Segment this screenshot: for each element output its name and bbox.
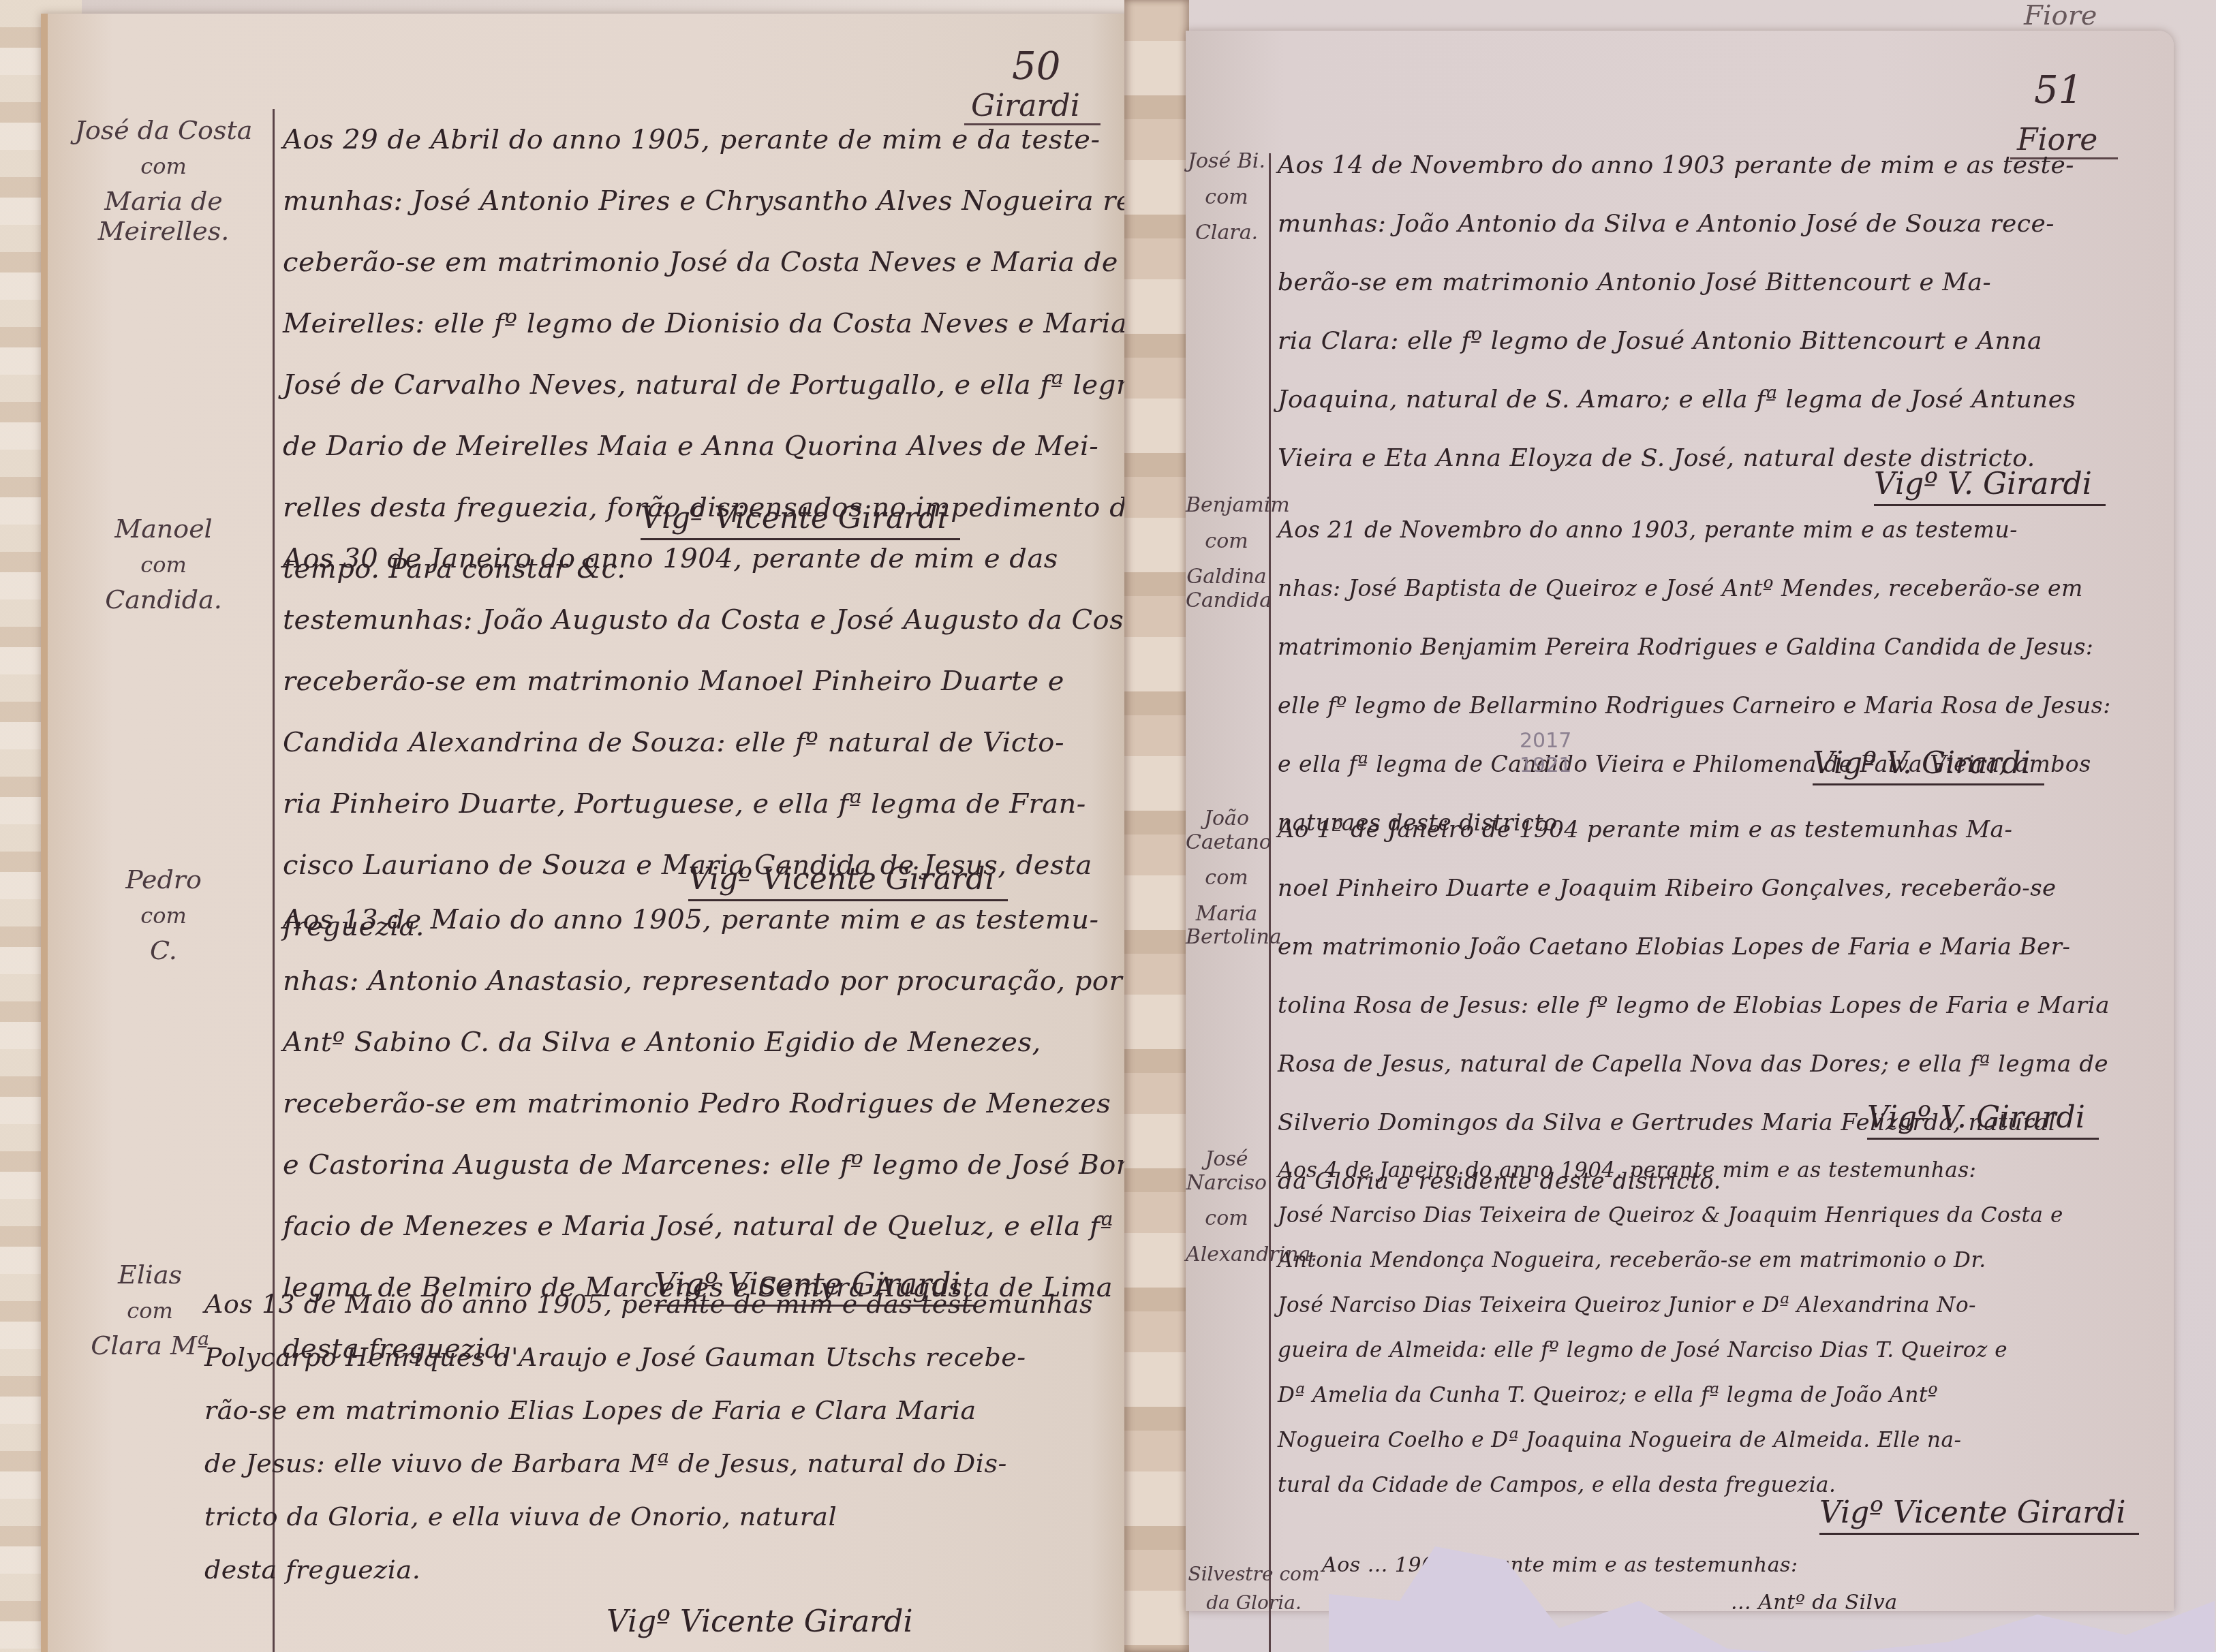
folio-number: 50 (1012, 44, 1060, 89)
left-page: 50 Girardi José da Costa com Maria de Me… (41, 14, 1145, 1652)
folio-number: 51 (2034, 68, 2082, 112)
pencil-annotation: 2017 1921 (1520, 729, 1571, 778)
margin-note-entry-r2: Benjamim com Galdina Candida (1186, 494, 1267, 612)
priest-signature: Vigº V. Girardi (1867, 1100, 2099, 1140)
priest-signature: Vigº Vicente Girardi (606, 1604, 926, 1642)
marriage-entry-r2: Aos 21 de Novembro do anno 1903, perante… (1278, 501, 2111, 852)
marriage-entry-4: Aos 13 de Maio do anno 1905, perante de … (204, 1277, 1093, 1596)
margin-note-entry-r5: Silvestre com da Gloria. (1186, 1563, 1322, 1614)
book-spine-gutter (1124, 0, 1189, 1652)
margin-note-entry-r1: José Bi. com Clara. (1186, 150, 1267, 245)
margin-note-entry-3: Pedro com C. (55, 865, 273, 966)
margin-note-entry-r4: José Narciso com Alexandrina. (1186, 1148, 1267, 1266)
margin-note-entry-r3: João Caetano com Maria Bertolina (1186, 807, 1267, 950)
margin-note-entry-1: José da Costa com Maria de Meirelles. (55, 116, 273, 247)
right-page: 51 Fiore José Bi. com Clara. Aos 14 de N… (1186, 31, 2174, 1611)
priest-signature: Vigº Vicente Girardi (1819, 1495, 2139, 1535)
margin-note-entry-2: Manoel com Candida. (55, 514, 273, 615)
margin-rule (1269, 153, 1271, 1652)
marriage-entry-r4: Aos 4 de Janeiro do anno 1904, perante m… (1278, 1148, 2063, 1508)
priest-signature: Vigº V. Girardi (1813, 746, 2044, 785)
underlying-page-text: Fiore (2024, 0, 2097, 31)
marriage-entry-r1: Aos 14 de Novembro do anno 1903 perante … (1278, 136, 2076, 488)
